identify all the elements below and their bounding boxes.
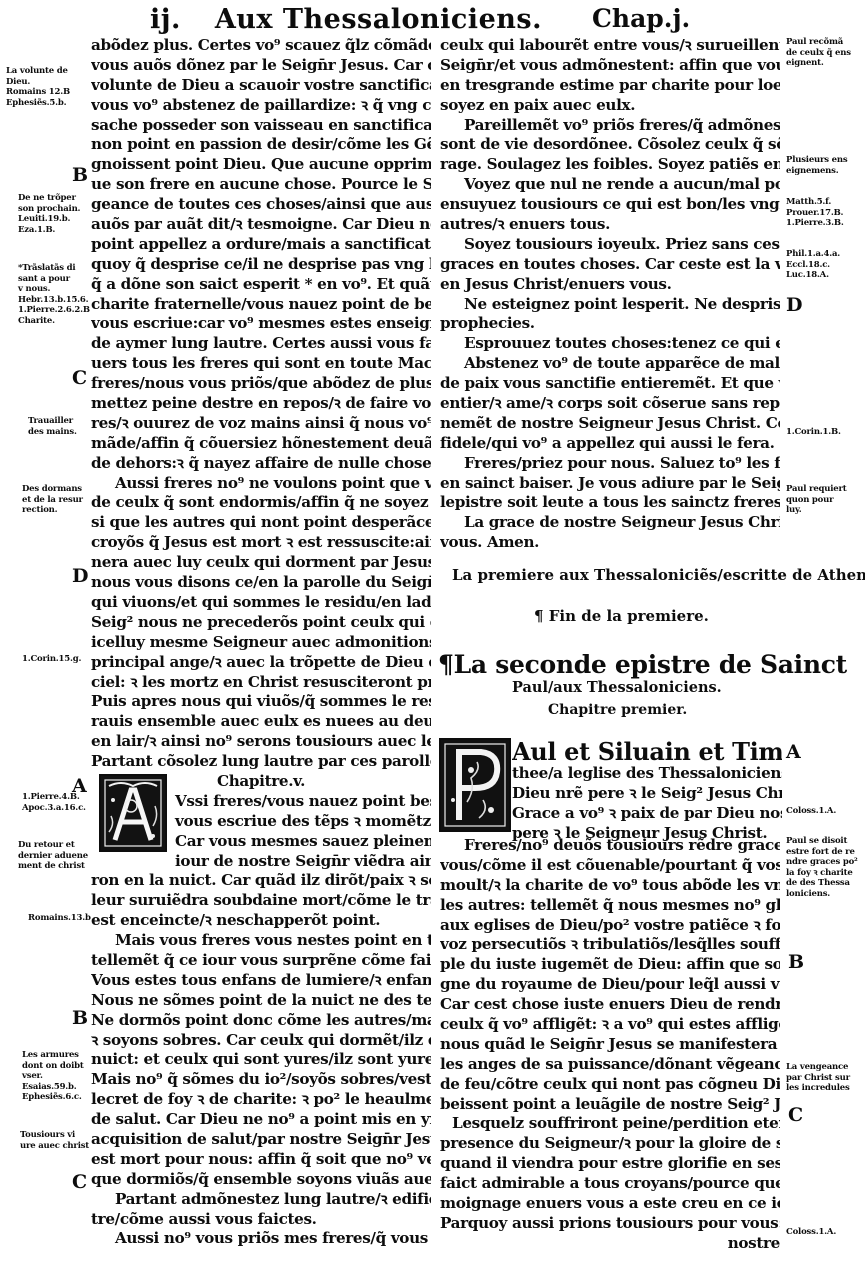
text-line: leur suruiẽdra soubdaine mort/cõme le tr…: [91, 891, 431, 911]
left-text-column: abõdez plus. Certes vo⁹ scauez q̃lz cõmã…: [91, 36, 431, 1249]
text-line: lecret de foy ꝛ de charite: ꝛ po² le hea…: [91, 1090, 431, 1110]
margin-note: Des dormans et de la resur rection.: [22, 484, 90, 516]
text-line: geance de toutes ces choses/ainsi que au…: [91, 195, 431, 215]
margin-note-text: Paul requiert quon pour luy.: [786, 484, 862, 516]
text-line: quand il viendra pour estre glorifie en …: [440, 1154, 780, 1174]
text-line: qui viuons/et qui sommes le residu/en la…: [91, 593, 431, 613]
floral-initial-icon: [101, 776, 165, 850]
text-line: en Jesus Christ/enuers vous.: [440, 275, 780, 295]
text-line: en sainct baiser. Je vous adiure par le …: [440, 474, 780, 494]
text-line: q̃ a dõne son saict esperit * en vo⁹. Et…: [91, 275, 431, 295]
section-letter: A: [786, 742, 801, 762]
text-line: Vous estes tous enfans de lumiere/ꝛ enfa…: [91, 971, 431, 991]
margin-note: Paul se disoit estre fort de re ndre gra…: [786, 836, 862, 899]
margin-note-text: La vengeance par Christ sur les incredul…: [786, 1062, 862, 1094]
margin-note: Les armures dont on doibt vser. Esaias.5…: [22, 1050, 90, 1103]
margin-note-text: Phil.1.a.4.a. Eccl.18.c. Luc.18.A.: [786, 249, 862, 281]
text-line: fidele/qui vo⁹ a appellez qui aussi le f…: [440, 434, 780, 454]
text-line: uers tous les freres qui sont en toute M…: [91, 354, 431, 374]
pilcrow-icon: ¶: [534, 607, 544, 625]
margin-note: *Trãslatãs di sant a pour v nous. Hebr.1…: [18, 263, 90, 326]
running-head-left: ij. Aux Thessaloniciens.: [150, 4, 542, 35]
text-line: tre/cõme aussi vous faictes.: [91, 1210, 431, 1230]
text-line: Ne dormõs point donc cõme les autres/mai…: [91, 1011, 431, 1031]
margin-note: Plusieurs ens eignemens.: [786, 155, 862, 176]
text-line: mettez peine destre en repos/ꝛ de faire …: [91, 394, 431, 414]
text-line: nuict: et ceulx qui sont yures/ilz sont …: [91, 1050, 431, 1070]
text-line: ple du iuste iugemẽt de Dieu: affin que …: [440, 955, 780, 975]
section-letter: B: [72, 165, 88, 185]
margin-note: Du retour et dernier aduene ment de chri…: [18, 840, 90, 872]
text-line: nous vous disons ce/en la parolle du Sei…: [91, 573, 431, 593]
text-line: ꝛ soyons sobres. Car ceulx qui dormẽt/il…: [91, 1031, 431, 1051]
text-line: Partant cõsolez lung lautre par ces paro…: [91, 752, 431, 772]
text-line: est enceincte/ꝛ neschapperõt point.: [91, 911, 431, 931]
text-line: de salut. Car Dieu ne no⁹ a point mis en…: [91, 1110, 431, 1130]
text-line: Aul et Siluain et Timo-: [512, 740, 782, 764]
text-line: gnoissent point Dieu. Que aucune opprime…: [91, 155, 431, 175]
text-line: autres/ꝛ enuers tous.: [440, 215, 780, 235]
text-line: nous quãd le Seign̄r Jesus se manifester…: [440, 1035, 780, 1055]
second-epistle-subtitle: Paul/aux Thessaloniciens.: [512, 679, 722, 696]
text-line: Grace a vo⁹ ꝛ paix de par Dieu nostre: [512, 804, 782, 824]
margin-note-text: Coloss.1.A.: [786, 1227, 862, 1238]
text-line: Abstenez vo⁹ de toute apparẽce de mal. O…: [440, 354, 780, 374]
text-line: presence du Seigneur/ꝛ pour la gloire de…: [440, 1134, 780, 1154]
section-letter: D: [786, 295, 802, 315]
text-line: Nous ne sõmes point de la nuict ne des t…: [91, 991, 431, 1011]
text-line: Aussi freres no⁹ ne voulons point que vo…: [91, 474, 431, 494]
text-line: vous vo⁹ abstenez de paillardize: ꝛ q̃ v…: [91, 96, 431, 116]
text-line: beissent point a leuãgile de nostre Seig…: [440, 1095, 780, 1115]
folio-number: ij.: [150, 4, 181, 35]
section-letter: C: [788, 1105, 803, 1125]
text-line: rage. Soulagez les foibles. Soyez patiẽs…: [440, 155, 780, 175]
text-line: en lair/ꝛ ainsi no⁹ serons tousiours aue…: [91, 732, 431, 752]
text-line: Ne esteignez point lesperit. Ne desprise…: [440, 295, 780, 315]
margin-note-text: Coloss.1.A.: [786, 806, 862, 817]
margin-note: Romains.13.b: [28, 913, 90, 924]
running-title: Aux Thessaloniciens.: [215, 4, 542, 35]
illuminated-initial-P: [439, 738, 511, 832]
title-text: La seconde epistre de Sainct: [454, 650, 847, 679]
text-line: en tresgrande estime par charite pour lo…: [440, 76, 780, 96]
book-page: ij. Aux Thessaloniciens. Chap.j. abõdez …: [0, 0, 865, 1270]
text-line: Mais vous freres vous nestes point en te…: [91, 931, 431, 951]
text-line: est mort pour nous: affin q̃ soit que no…: [91, 1150, 431, 1170]
margin-note-text: Plusieurs ens eignemens.: [786, 155, 862, 176]
text-line: Car cest chose iuste enuers Dieu de rend…: [440, 995, 780, 1015]
end-of-first-epistle: ¶ Fin de la premiere.: [534, 607, 709, 625]
text-line: les autres: tellemẽt q̃ nous mesmes no⁹ …: [440, 896, 780, 916]
text-line: La grace de nostre Seigneur Jesus Christ…: [440, 513, 780, 533]
margin-note-text: Trauailler des mains.: [28, 416, 90, 437]
chapter-heading-premier: Chapitre premier.: [548, 702, 687, 718]
text-line: Puis apres nous qui viuõs/q̃ sommes le r…: [91, 692, 431, 712]
text-line: prophecies.: [440, 314, 780, 334]
text-line: sont de vie desordõnee. Cõsolez ceulx q̃…: [440, 135, 780, 155]
section-letter: D: [72, 566, 88, 586]
margin-note-text: Romains.13.b: [28, 913, 90, 924]
text-line: de paix vous sanctifie entieremẽt. Et qu…: [440, 374, 780, 394]
pilcrow-icon: ¶: [438, 650, 454, 679]
text-line: ceulx qui labourẽt entre vous/ꝛ surueill…: [440, 36, 780, 56]
text-line: vous. Amen.: [440, 533, 780, 553]
margin-note: La volunte de Dieu. Romains 12.B Ephesiẽ…: [6, 66, 88, 108]
text-line: aux eglises de Dieu/po² vostre patiẽce ꝛ…: [440, 916, 780, 936]
text-line: de aymer lung lautre. Certes aussi vous …: [91, 334, 431, 354]
margin-note: De ne trõper son prochain. Leuiti.19.b. …: [18, 193, 90, 235]
text-line: si que les autres qui nont point desperã…: [91, 513, 431, 533]
text-line: Voyez que nul ne rende a aucun/mal pour …: [440, 175, 780, 195]
text-line: charite fraternelle/vous nauez point de …: [91, 295, 431, 315]
margin-note-text: De ne trõper son prochain. Leuiti.19.b. …: [18, 193, 90, 235]
text-line: quoy q̃ desprise ce/il ne desprise pas v…: [91, 255, 431, 275]
text-line: croyõs q̃ Jesus est mort ꝛ est ressuscit…: [91, 533, 431, 553]
margin-note-text: Tousiours vi ure auec christ: [20, 1130, 90, 1151]
text-line: nera auec luy ceulx qui dorment par Jesu…: [91, 553, 431, 573]
section-letter: C: [72, 368, 87, 388]
second-epistle-title: ¶La seconde epistre de Sainct: [438, 650, 847, 679]
text-line: nemẽt de nostre Seigneur Jesus Christ. C…: [440, 414, 780, 434]
text-line: ue son frere en aucune chose. Pource le …: [91, 175, 431, 195]
text-line: auõs par auãt dit/ꝛ tesmoigne. Car Dieu …: [91, 215, 431, 235]
margin-note-text: Du retour et dernier aduene ment de chri…: [18, 840, 90, 872]
text-line: voz persecutiõs ꝛ tribulatiõs/lesq̃lles …: [440, 935, 780, 955]
text-line: de dehors:ꝛ q̃ nayez affaire de nulle ch…: [91, 454, 431, 474]
floral-initial-icon: [441, 740, 509, 830]
text-line: vous auõs dõnez par le Seign̄r Jesus. Ca…: [91, 56, 431, 76]
text-line: Partant admõnestez lung lautre/ꝛ edifiez…: [91, 1190, 431, 1210]
text-line: lepistre soit leute a tous les sainctz f…: [440, 493, 780, 513]
text-line: Freres/priez pour nous. Saluez to⁹ les f…: [440, 454, 780, 474]
margin-note: 1.Corin.1.B.: [786, 427, 862, 438]
text-line: entier/ꝛ ame/ꝛ corps soit cõserue sans r…: [440, 394, 780, 414]
text-line: les anges de sa puissance/dõnant vẽgeanc…: [440, 1055, 780, 1075]
text-line: Parquoy aussi prions tousiours pour vous…: [440, 1214, 780, 1234]
text-line: res/ꝛ ouurez de voz mains ainsi q̃ nous …: [91, 414, 431, 434]
text-line: gne du royaume de Dieu/pour leq̃l aussi …: [440, 975, 780, 995]
text-line: vous escriue:car vo⁹ mesmes estes enseig…: [91, 314, 431, 334]
text-line: acquisition de salut/par nostre Seign̄r …: [91, 1130, 431, 1150]
text-line: Lesquelz souffriront peine/perdition ete…: [440, 1114, 780, 1134]
margin-note: 1.Corin.15.g.: [22, 654, 90, 665]
text-line: Soyez tousiours ioyeulx. Priez sans cess…: [440, 235, 780, 255]
text-line: Mais no⁹ q̃ sõmes du io²/soyõs sobres/ve…: [91, 1070, 431, 1090]
margin-note: Matth.5.f. Prouer.17.B. 1.Pierre.3.B.: [786, 197, 862, 229]
text-line: freres/nous vous priõs/que abõdez de plu…: [91, 374, 431, 394]
text-line: graces en toutes choses. Car ceste est l…: [440, 255, 780, 275]
margin-note: La vengeance par Christ sur les incredul…: [786, 1062, 862, 1094]
text-line: thee/a leglise des Thessaloniciens en: [512, 764, 782, 784]
margin-note-text: Paul se disoit estre fort de re ndre gra…: [786, 836, 862, 899]
text-line: moult/ꝛ la charite de vo⁹ tous abõde les…: [440, 876, 780, 896]
text-line: de feu/cõtre ceulx qui nont pas cõgneu D…: [440, 1075, 780, 1095]
text-line: de ceulx q̃ sont endormis/affin q̃ ne so…: [91, 493, 431, 513]
margin-note: Coloss.1.A.: [786, 1227, 862, 1238]
text-line: rauis ensemble auec eulx es nuees au deu…: [91, 712, 431, 732]
margin-note: Trauailler des mains.: [28, 416, 90, 437]
margin-note: Coloss.1.A.: [786, 806, 862, 817]
section-letter: B: [788, 952, 804, 972]
margin-note-text: Matth.5.f. Prouer.17.B. 1.Pierre.3.B.: [786, 197, 862, 229]
text-line: volunte de Dieu a scauoir vostre sanctif…: [91, 76, 431, 96]
margin-note: Paul recõmã de ceulx q̃ ens eignent.: [786, 37, 862, 69]
text-line: faict admirable a tous croyans/pource qu…: [440, 1174, 780, 1194]
text-line: Seig² nous ne precederõs point ceulx qui…: [91, 613, 431, 633]
margin-note-text: La volunte de Dieu. Romains 12.B Ephesiẽ…: [6, 66, 88, 108]
margin-note: Phil.1.a.4.a. Eccl.18.c. Luc.18.A.: [786, 249, 862, 281]
section-letter: C: [72, 1172, 87, 1192]
catchword: nostre: [440, 1234, 780, 1254]
text-line: Seign̄r/et vous admõnestent: affin que v…: [440, 56, 780, 76]
text-line: Dieu nrẽ pere ꝛ le Seig² Jesus Christ.: [512, 784, 782, 804]
margin-note-text: 1.Corin.15.g.: [22, 654, 90, 665]
text-line: ciel: ꝛ les mortz en Christ resusciteron…: [91, 673, 431, 693]
text-line: vous/cõme il est cõuenable/pourtant q̃ v…: [440, 856, 780, 876]
text-line: iour de nostre Seign̄r viẽdra ainsi q̃ l…: [91, 852, 431, 872]
text-line: principal ange/ꝛ auec la trõpette de Die…: [91, 653, 431, 673]
text-line: moignage enuers vous a este creu en ce i…: [440, 1194, 780, 1214]
text-line: sache posseder son vaisseau en sanctific…: [91, 116, 431, 136]
right-text-column: ceulx qui labourẽt entre vous/ꝛ surueill…: [440, 36, 780, 553]
margin-note-text: *Trãslatãs di sant a pour v nous. Hebr.1…: [18, 263, 90, 326]
text-line: Freres/no⁹ deuõs tousiours rẽdre graces …: [440, 836, 780, 856]
margin-note-text: Les armures dont on doibt vser. Esaias.5…: [22, 1050, 90, 1103]
illuminated-initial-A: [99, 774, 167, 852]
right-text-column-lower: Freres/no⁹ deuõs tousiours rẽdre graces …: [440, 836, 780, 1254]
text-line: ceulx q̃ vo⁹ affligẽt: ꝛ a vo⁹ qui estes…: [440, 1015, 780, 1035]
text-line: que dormiõs/q̃ ensemble soyons viuãs aue…: [91, 1170, 431, 1190]
text-line: abõdez plus. Certes vo⁹ scauez q̃lz cõmã…: [91, 36, 431, 56]
text-line: icelluy mesme Seigneur auec admonitions …: [91, 633, 431, 653]
end-note-text: Fin de la premiere.: [549, 607, 709, 625]
section-letter: B: [72, 1008, 88, 1028]
text-line: Esprouuez toutes choses:tenez ce qui est…: [440, 334, 780, 354]
margin-note-text: Paul recõmã de ceulx q̃ ens eignent.: [786, 37, 862, 69]
text-line: point appellez a ordure/mais a sanctific…: [91, 235, 431, 255]
text-line: ron en la nuict. Car quãd ilz dirõt/paix…: [91, 871, 431, 891]
initial-block-text: Aul et Siluain et Timo- thee/a leglise d…: [512, 740, 782, 844]
running-head-chapter: Chap.j.: [592, 4, 690, 33]
section-letter: A: [72, 776, 87, 796]
margin-note: Tousiours vi ure auec christ: [20, 1130, 90, 1151]
margin-note: Paul requiert quon pour luy.: [786, 484, 862, 516]
text-line: non point en passion de desir/cõme les G…: [91, 135, 431, 155]
epistle-subscription: La premiere aux Thessaloniciẽs/escritte …: [452, 566, 865, 584]
text-line: soyez en paix auec eulx.: [440, 96, 780, 116]
text-line: tellemẽt q̃ ce iour vous surprẽne cõme f…: [91, 951, 431, 971]
text-line: Pareillemẽt vo⁹ priõs freres/q̃ admõnest…: [440, 116, 780, 136]
text-line: mãde/affin q̃ cõuersiez hõnestement deuã…: [91, 434, 431, 454]
text-line: Aussi no⁹ vous priõs mes freres/q̃ vous …: [91, 1229, 431, 1249]
text-line: ensuyuez tousiours ce qui est bon/les vn…: [440, 195, 780, 215]
margin-note-text: Des dormans et de la resur rection.: [22, 484, 90, 516]
margin-note-text: 1.Corin.1.B.: [786, 427, 862, 438]
